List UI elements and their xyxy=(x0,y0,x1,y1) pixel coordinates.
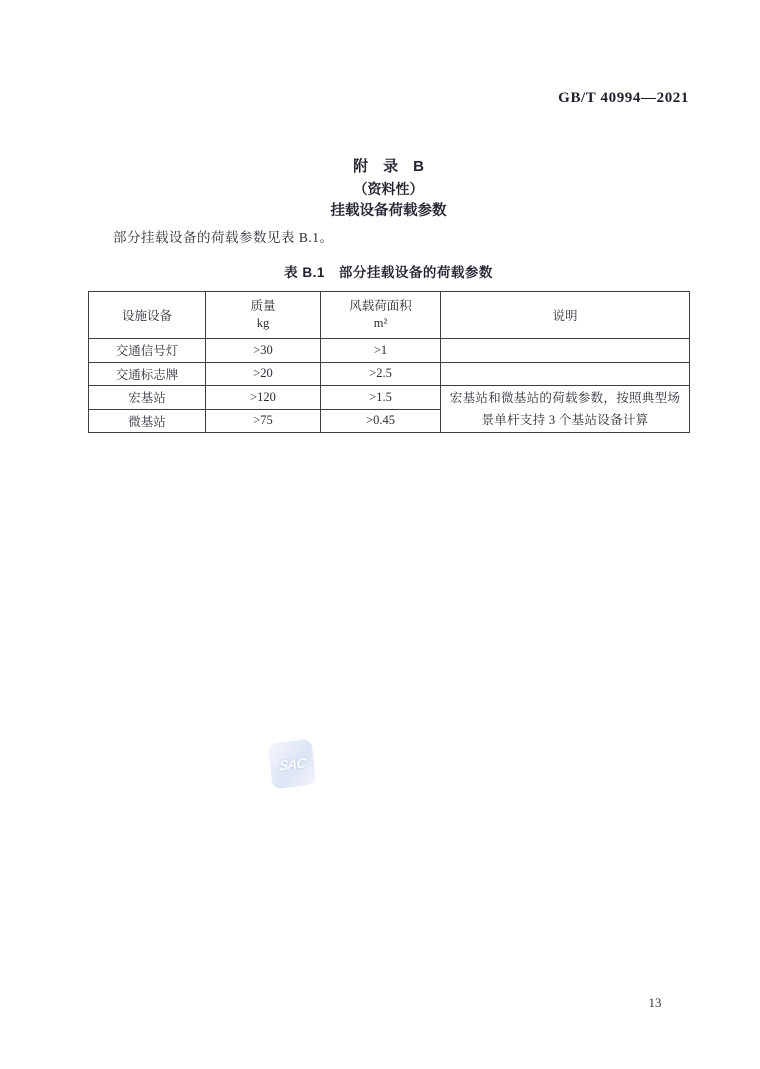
wind-area-cell: >0.45 xyxy=(321,409,441,433)
device-cell: 宏基站 xyxy=(89,386,206,410)
column-header-wind-area: 风载荷面积 m² xyxy=(321,292,441,339)
appendix-title-block: 附 录 B （资料性） 挂载设备荷载参数 xyxy=(88,156,689,223)
table-caption: 表 B.1 部分挂载设备的荷载参数 xyxy=(88,261,689,281)
device-cell: 微基站 xyxy=(89,409,206,433)
column-header-mass: 质量 kg xyxy=(206,292,321,339)
column-unit: m² xyxy=(325,315,436,332)
header-row: 设施设备 质量 kg 风载荷面积 m² 说明 xyxy=(89,292,690,339)
document-page: GB/T 40994—2021 附 录 B （资料性） 挂载设备荷载参数 部分挂… xyxy=(0,0,760,1069)
mass-cell: >30 xyxy=(206,339,321,363)
appendix-title: 附 录 B xyxy=(88,156,689,178)
table-header: 设施设备 质量 kg 风载荷面积 m² 说明 xyxy=(89,292,690,339)
wind-area-cell: >2.5 xyxy=(321,362,441,386)
column-unit: kg xyxy=(210,315,316,332)
appendix-type-label: （资料性） xyxy=(88,178,689,200)
column-label: 说明 xyxy=(552,309,577,323)
appendix-subtitle: 挂载设备荷载参数 xyxy=(88,200,689,223)
device-cell: 交通信号灯 xyxy=(89,339,206,363)
column-label: 风载荷面积 xyxy=(325,298,436,315)
table-row: 交通信号灯 >30 >1 xyxy=(89,339,690,363)
column-label: 设施设备 xyxy=(122,309,172,323)
standard-number: GB/T 40994—2021 xyxy=(88,90,689,107)
table-body: 交通信号灯 >30 >1 交通标志牌 >20 >2.5 宏基站 >120 >1.… xyxy=(89,339,690,433)
column-header-device: 设施设备 xyxy=(89,292,206,339)
sac-watermark-logo: SAC xyxy=(267,738,316,789)
intro-paragraph: 部分挂载设备的荷载参数见表 B.1。 xyxy=(113,226,334,246)
watermark-label: SAC xyxy=(279,754,306,773)
column-label: 质量 xyxy=(210,298,316,315)
table-row: 宏基站 >120 >1.5 宏基站和微基站的荷载参数，按照典型场景单杆支持 3 … xyxy=(89,386,690,410)
merged-note-cell: 宏基站和微基站的荷载参数，按照典型场景单杆支持 3 个基站设备计算 xyxy=(441,386,690,433)
note-cell xyxy=(441,339,690,363)
mass-cell: >20 xyxy=(206,362,321,386)
note-cell xyxy=(441,362,690,386)
page-number: 13 xyxy=(639,995,671,1011)
wind-area-cell: >1.5 xyxy=(321,386,441,410)
load-parameters-table: 设施设备 质量 kg 风载荷面积 m² 说明 xyxy=(88,291,690,433)
mass-cell: >75 xyxy=(206,409,321,433)
column-header-note: 说明 xyxy=(441,292,690,339)
device-cell: 交通标志牌 xyxy=(89,362,206,386)
mass-cell: >120 xyxy=(206,386,321,410)
wind-area-cell: >1 xyxy=(321,339,441,363)
table-row: 交通标志牌 >20 >2.5 xyxy=(89,362,690,386)
